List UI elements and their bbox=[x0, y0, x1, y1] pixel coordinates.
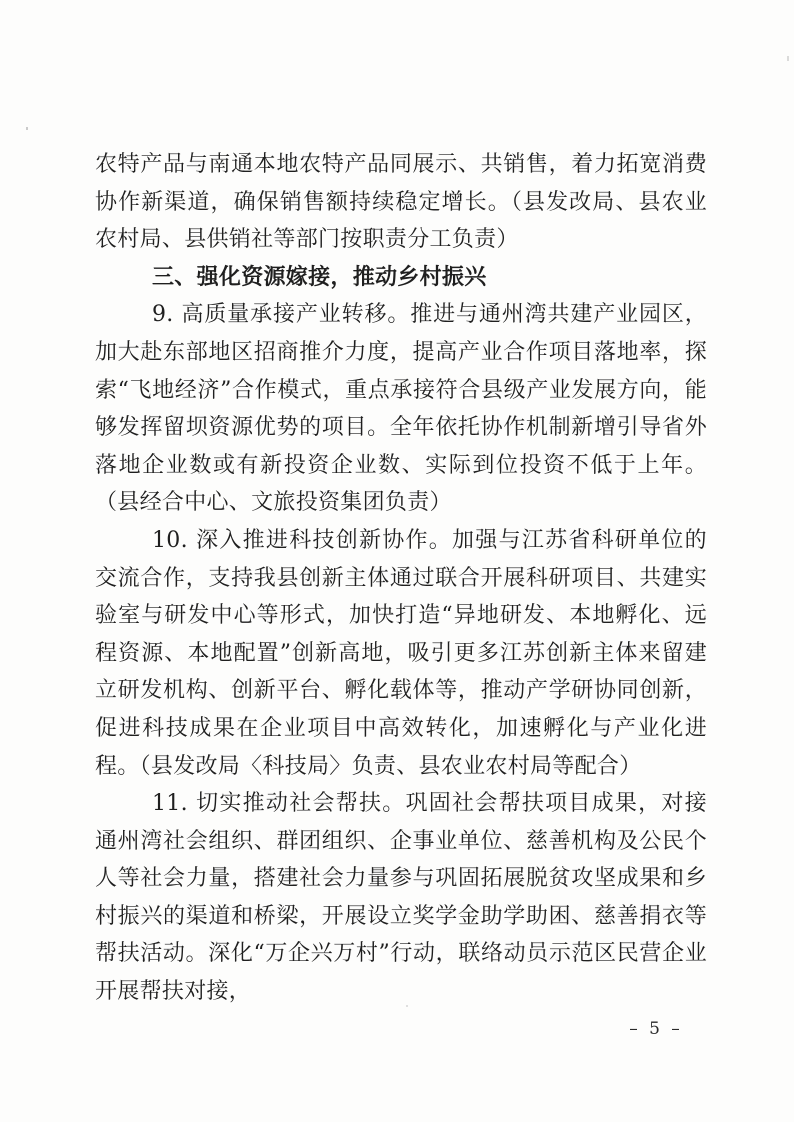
section-heading: 三、强化资源嫁接，推动乡村振兴 bbox=[95, 259, 707, 297]
paragraph-item-9: 9. 高质量承接产业转移。推进与通州湾共建产业园区，加大赴东部地区招商推介力度，… bbox=[95, 296, 707, 522]
scan-speck bbox=[787, 56, 789, 61]
scan-speck bbox=[406, 1005, 408, 1007]
paragraph-continuation: 农特产品与南通本地农特产品同展示、共销售，着力拓宽消费协作新渠道，确保销售额持续… bbox=[95, 146, 707, 259]
paragraph-item-10: 10. 深入推进科技创新协作。加强与江苏省科研单位的交流合作，支持我县创新主体通… bbox=[95, 522, 707, 785]
scan-speck bbox=[26, 127, 28, 130]
paragraph-item-11: 11. 切实推动社会帮扶。巩固社会帮扶项目成果，对接通州湾社会组织、群团组织、企… bbox=[95, 785, 707, 1011]
document-page: 农特产品与南通本地农特产品同展示、共销售，着力拓宽消费协作新渠道，确保销售额持续… bbox=[0, 0, 794, 1122]
page-number: – 5 – bbox=[598, 1019, 714, 1039]
document-body: 农特产品与南通本地农特产品同展示、共销售，着力拓宽消费协作新渠道，确保销售额持续… bbox=[95, 146, 707, 1011]
